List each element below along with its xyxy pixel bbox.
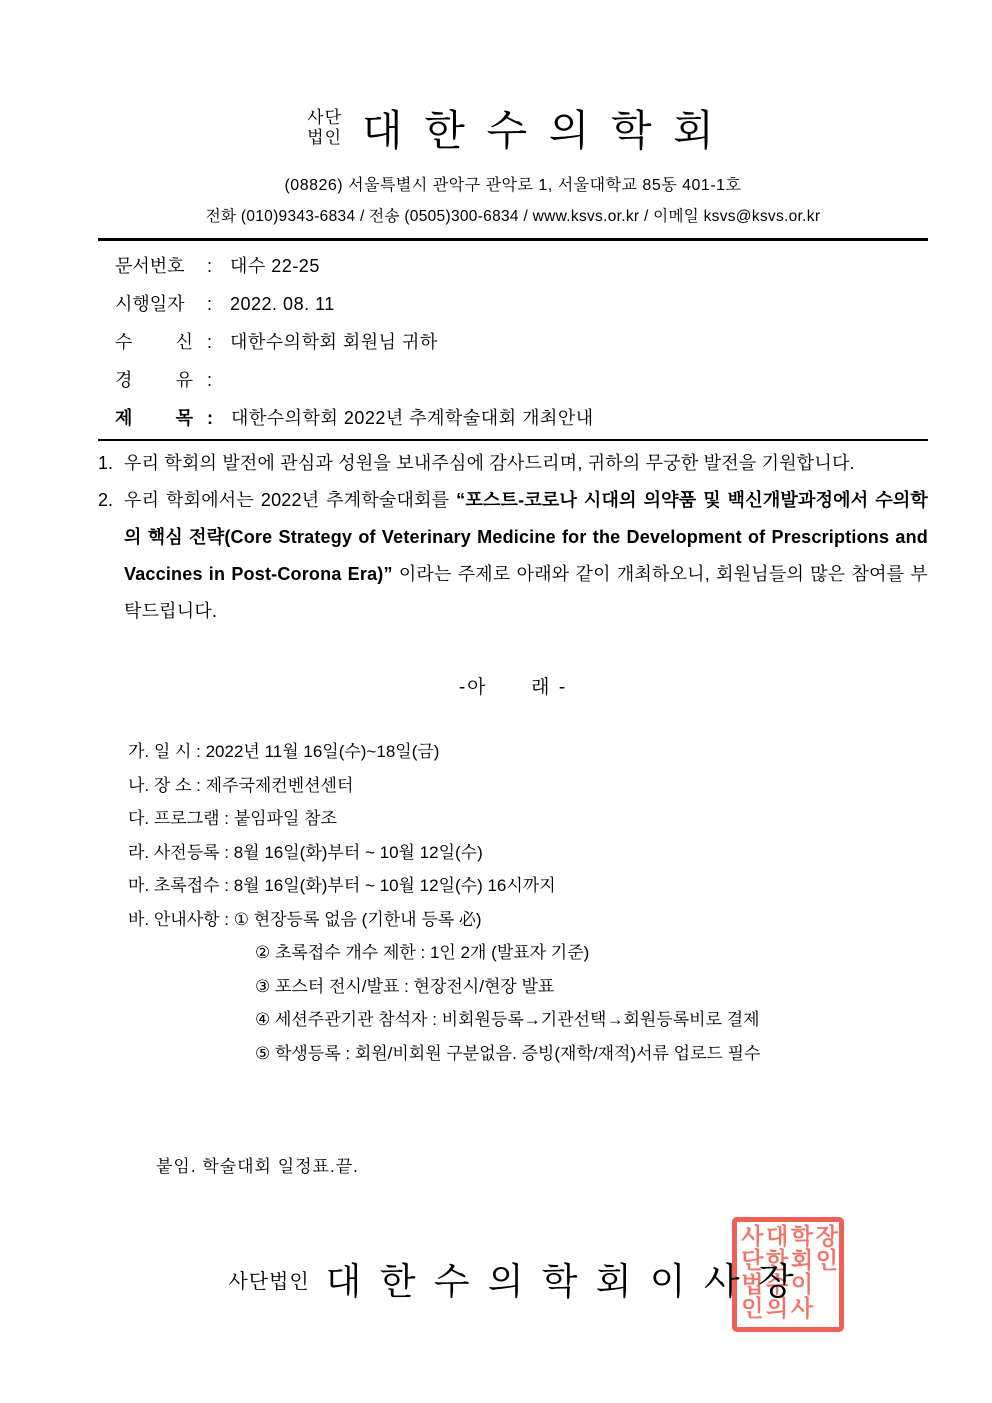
- notice-item-5: ⑤ 학생등록 : 회원/비회원 구분없음. 증빙(재학/재적)서류 업로드 필수: [128, 1037, 928, 1071]
- paragraph-number: 2.: [98, 482, 124, 630]
- org-type-line1: 사단: [307, 108, 342, 128]
- meta-label: 제 목: [115, 399, 193, 437]
- meta-colon: :: [207, 285, 212, 323]
- org-type-line2: 법인: [307, 128, 342, 148]
- org-address: (08826) 서울특별시 관악구 관악로 1, 서울대학교 85동 401-1…: [98, 172, 928, 195]
- org-name-title: 대 한 수 의 학 회: [362, 98, 719, 158]
- letterhead: 사단 법인 대 한 수 의 학 회: [98, 100, 928, 156]
- meta-value: 대한수의학회 2022년 추계학술대회 개최안내: [231, 399, 594, 437]
- detail-row-date: 가. 일 시 : 2022년 11월 16일(수)~18일(금): [128, 735, 928, 769]
- paragraph-number: 1.: [98, 445, 124, 482]
- meta-colon: :: [207, 361, 212, 399]
- detail-row-abstract-submission: 마. 초록접수 : 8월 16일(화)부터 ~ 10월 12일(수) 16시까지: [128, 869, 928, 903]
- detail-row-preregistration: 라. 사전등록 : 8월 16일(화)부터 ~ 10월 12일(수): [128, 836, 928, 870]
- meta-colon: :: [207, 323, 212, 361]
- signature-line: 사단법인대 한 수 의 학 회 이 사 장: [98, 1235, 928, 1305]
- org-type-stacked: 사단 법인: [307, 108, 342, 148]
- meta-label: 시행일자: [115, 285, 193, 323]
- attachment-line: 붙임. 학술대회 일정표.끝.: [98, 1152, 928, 1177]
- meta-row-doc-number: 문서번호:대수 22-25: [115, 247, 928, 285]
- meta-label: 수 신: [115, 323, 193, 361]
- document-content: 사단 법인 대 한 수 의 학 회 (08826) 서울특별시 관악구 관악로 …: [98, 0, 928, 1385]
- meta-row-via: 경 유:: [115, 361, 928, 399]
- meta-label: 문서번호: [115, 247, 193, 285]
- notice-item-2: ② 초록접수 개수 제한 : 1인 2개 (발표자 기준): [128, 936, 928, 970]
- meta-row-subject: 제 목:대한수의학회 2022년 추계학술대회 개최안내: [115, 399, 928, 437]
- meta-colon: :: [207, 247, 212, 285]
- notice-item-4: ④ 세션주관기관 참석자 : 비회원등록→기관선택→회원등록비로 결제: [128, 1003, 928, 1037]
- meta-colon: :: [207, 399, 213, 437]
- subject-divider-rule: [98, 439, 928, 441]
- paragraph-text: 우리 학회에서는 2022년 추계학술대회를 “포스트-코로나 시대의 의약품 …: [124, 482, 928, 630]
- body-paragraphs: 1. 우리 학회의 발전에 관심과 성원을 보내주심에 감사드리며, 귀하의 무…: [98, 445, 928, 630]
- detail-row-notice: 바. 안내사항 : ① 현장등록 없음 (기한내 등록 必): [128, 903, 928, 937]
- below-divider-label: -아 래 -: [98, 672, 928, 699]
- org-contact: 전화 (010)9343-6834 / 전송 (0505)300-6834 / …: [98, 204, 928, 226]
- body-paragraph-1: 1. 우리 학회의 발전에 관심과 성원을 보내주심에 감사드리며, 귀하의 무…: [98, 445, 928, 482]
- body-paragraph-2: 2. 우리 학회에서는 2022년 추계학술대회를 “포스트-코로나 시대의 의…: [98, 482, 928, 630]
- meta-value: 대수 22-25: [230, 247, 320, 285]
- signature-block: 사단법인대 한 수 의 학 회 이 사 장 사단법인대한수의학회이사장인: [98, 1235, 928, 1385]
- detail-row-venue: 나. 장 소 : 제주국제컨벤션센터: [128, 769, 928, 803]
- document-page: 사단 법인 대 한 수 의 학 회 (08826) 서울특별시 관악구 관악로 …: [0, 0, 992, 1403]
- notice-item-3: ③ 포스터 전시/발표 : 현장전시/현장 발표: [128, 970, 928, 1004]
- detail-row-program: 다. 프로그램 : 붙임파일 참조: [128, 802, 928, 836]
- meta-value: 대한수의학회 회원님 귀하: [230, 323, 438, 361]
- event-details-list: 가. 일 시 : 2022년 11월 16일(수)~18일(금) 나. 장 소 …: [98, 735, 928, 1070]
- signature-org-type: 사단법인: [228, 1271, 309, 1293]
- meta-label: 경 유: [115, 361, 193, 399]
- meta-row-issue-date: 시행일자:2022. 08. 11: [115, 285, 928, 323]
- signature-president-title: 대 한 수 의 학 회 이 사 장: [326, 1261, 798, 1302]
- meta-value: 2022. 08. 11: [230, 285, 335, 323]
- paragraph-text: 우리 학회의 발전에 관심과 성원을 보내주심에 감사드리며, 귀하의 무궁한 …: [124, 445, 928, 482]
- meta-row-recipient: 수 신:대한수의학회 회원님 귀하: [115, 323, 928, 361]
- document-meta: 문서번호:대수 22-25 시행일자:2022. 08. 11 수 신:대한수의…: [98, 241, 928, 439]
- paragraph-text-prefix: 우리 학회에서는 2022년 추계학술대회를: [124, 490, 456, 510]
